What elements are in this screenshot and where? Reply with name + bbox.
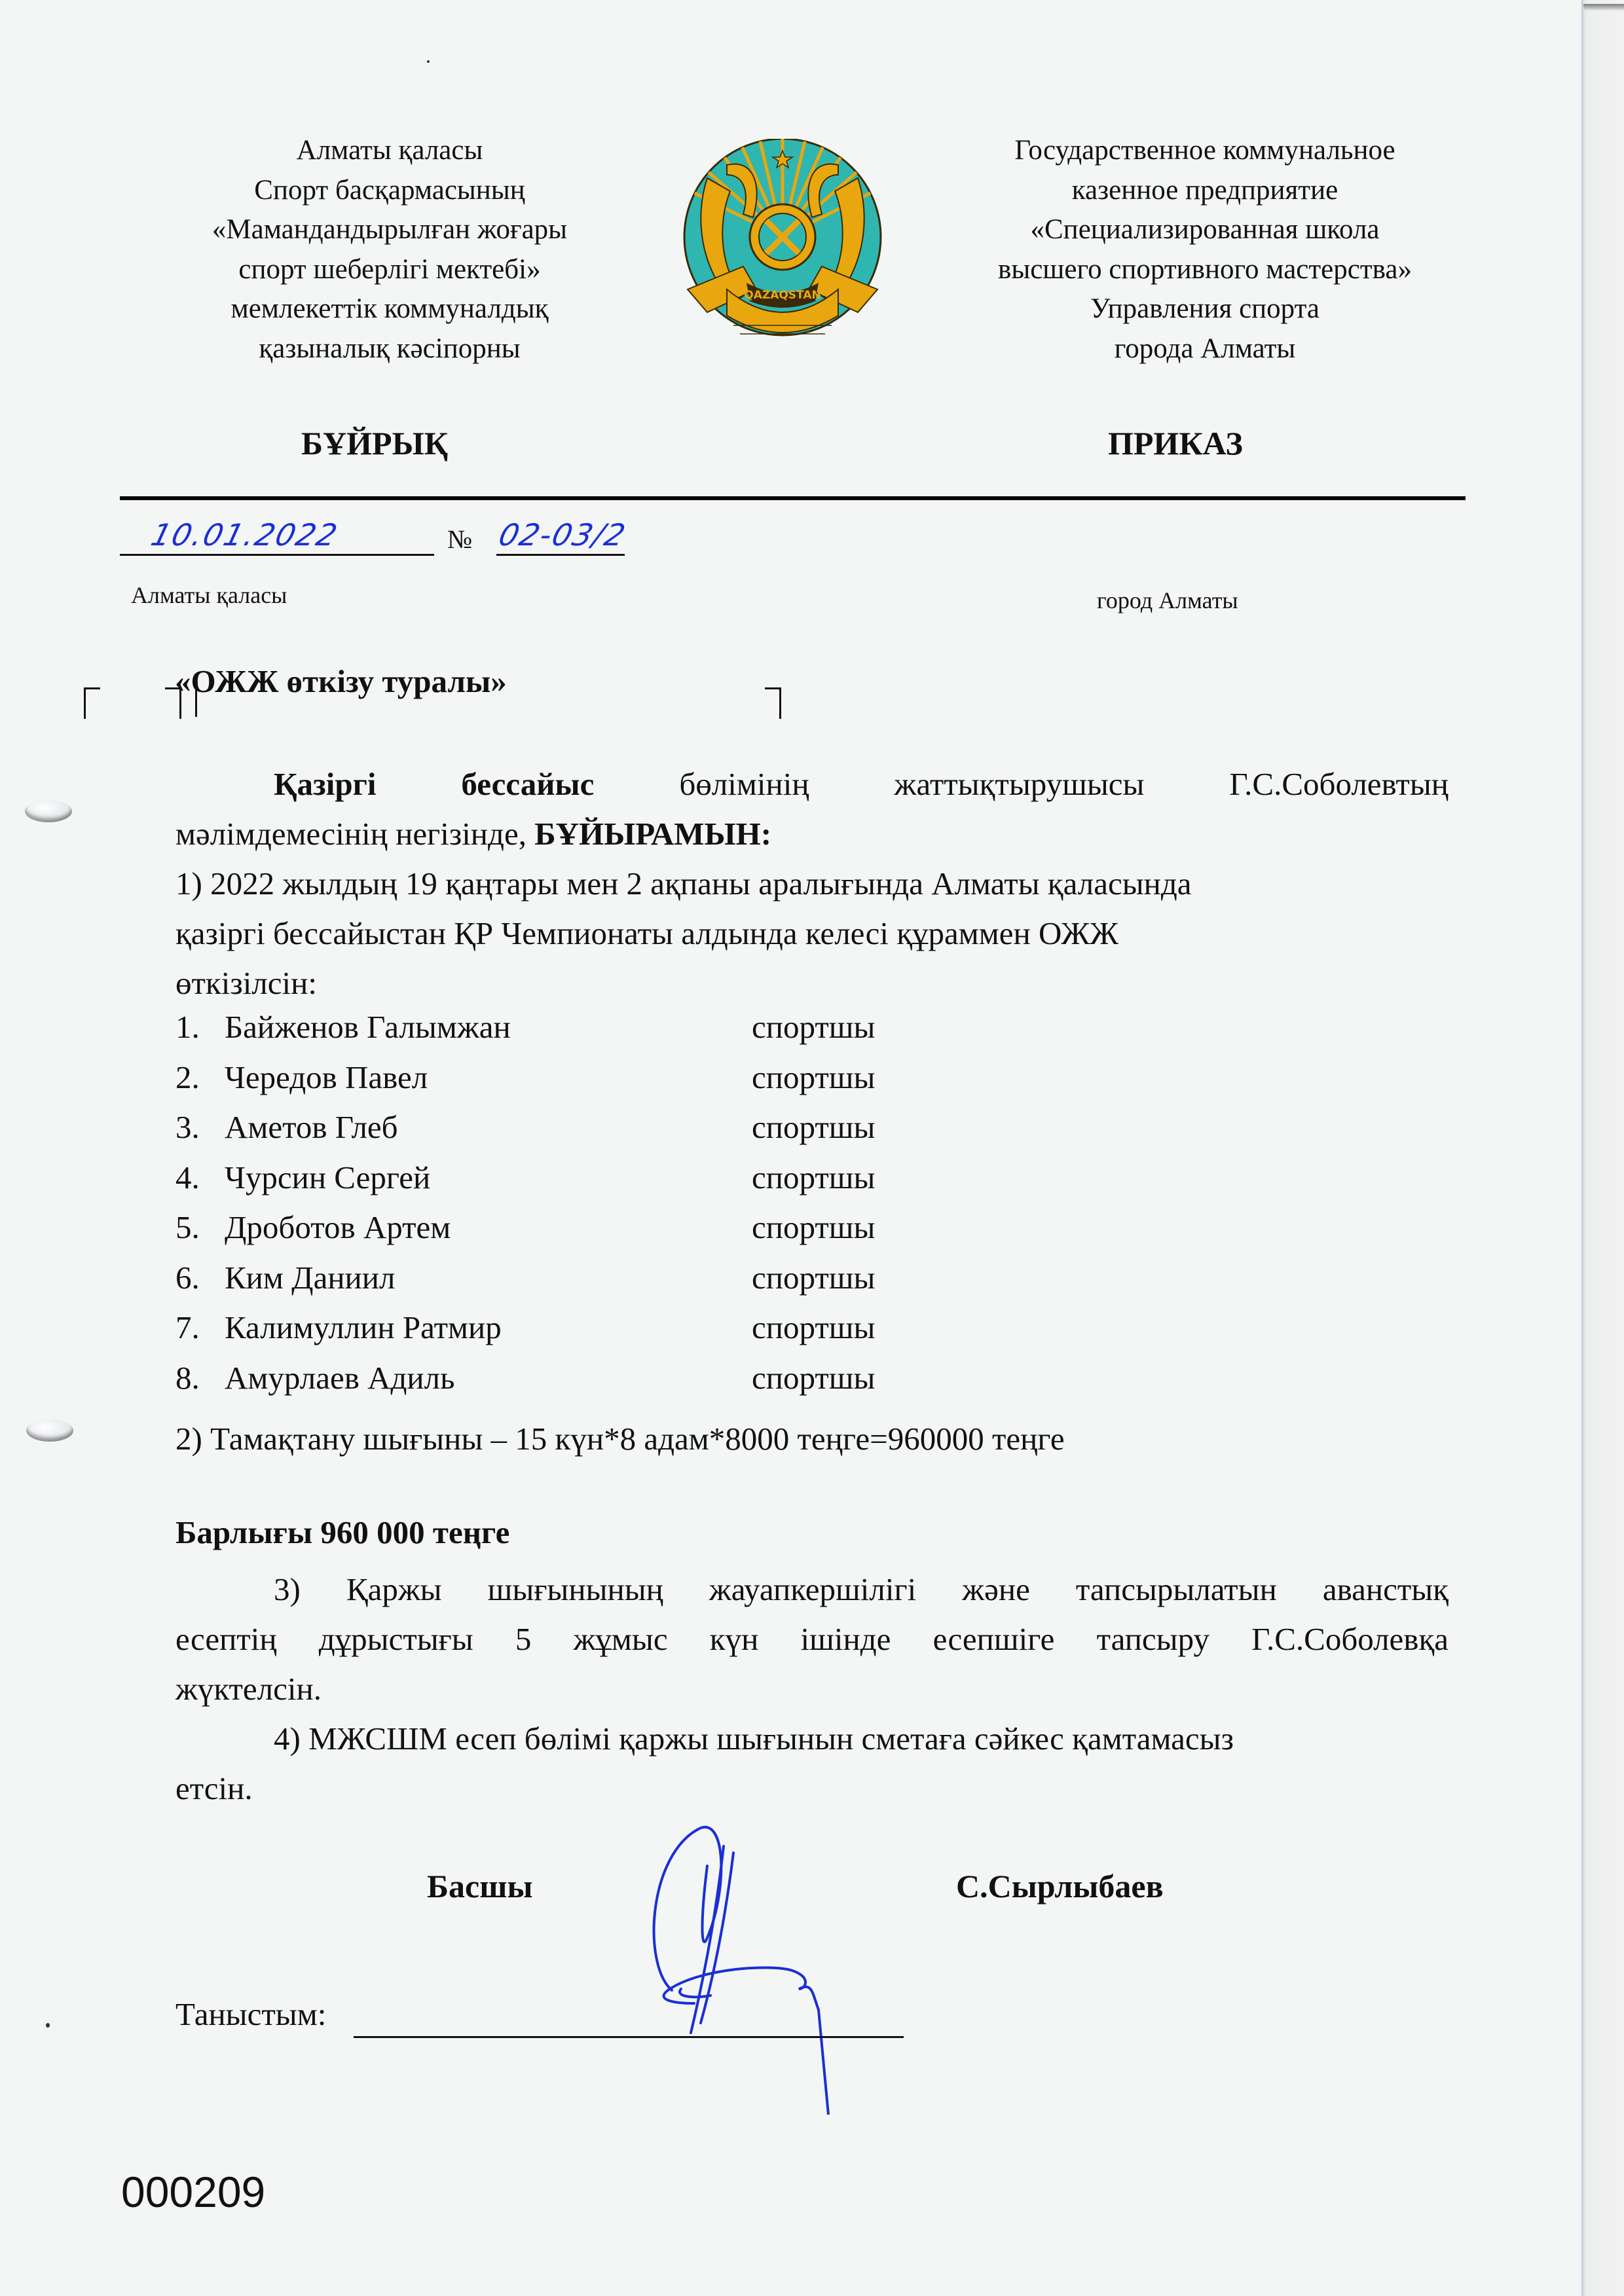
org-kz-line: мемлекеттік коммуналдық (164, 289, 616, 329)
page-edge-shadow (1581, 0, 1624, 2296)
number-underline (496, 554, 625, 556)
athlete-number: 3. (175, 1108, 200, 1146)
item4-line: етсін. (175, 1764, 1449, 1813)
item1-line: 1) 2022 жылдың 19 қаңтары мен 2 ақпаны а… (175, 859, 1449, 909)
header-org-kz: Алматы қаласы Спорт басқармасының «Маман… (164, 131, 616, 369)
org-ru-line: казенное предприятие (920, 171, 1490, 211)
item3-line: 3) Қаржы шығынының жауапкершілігі және т… (175, 1565, 1449, 1614)
item3-line: жүктелсін. (175, 1664, 1449, 1714)
athlete-role: спортшы (752, 1209, 875, 1246)
athlete-role: спортшы (752, 1259, 875, 1296)
acquainted-signature-line (354, 2036, 904, 2038)
athlete-number: 7. (175, 1309, 200, 1346)
item1-line: өткізілсін: (175, 958, 1449, 1008)
corner-mark (84, 687, 100, 719)
athlete-role: спортшы (752, 1159, 875, 1196)
org-ru-line: Управления спорта (920, 289, 1490, 329)
preamble-text: бөлімінің жаттықтырушысы Г.С.Соболевтың (679, 766, 1449, 802)
item4-line: 4) МЖСШМ есеп бөлімі қаржы шығынын смета… (175, 1714, 1449, 1764)
item3-line: есептің дұрыстығы 5 жұмыс күн ішінде есе… (175, 1614, 1449, 1664)
punch-hole-bottom (26, 1419, 73, 1442)
athlete-row: 6.Ким Даниилспортшы (175, 1259, 961, 1309)
athlete-name: Чурсин Сергей (225, 1159, 430, 1196)
org-kz-line: Спорт басқармасының (164, 171, 616, 211)
document-title-kz: БҰЙРЫҚ (301, 424, 448, 462)
athlete-number: 2. (175, 1059, 200, 1096)
org-kz-line: спорт шеберлігі мектебі» (164, 250, 616, 290)
order-subject: «ОЖЖ өткізу туралы» (175, 663, 507, 700)
order-date: 10.01.2022 (147, 517, 342, 553)
item3: 3) Қаржы шығынының жауапкершілігі және т… (175, 1565, 1449, 1714)
org-ru-line: «Специализированная школа (920, 210, 1490, 250)
corner-mark (765, 687, 781, 719)
athlete-name: Аметов Глеб (225, 1108, 398, 1146)
document-code: 000209 (121, 2167, 265, 2217)
item2: 2) Тамақтану шығыны – 15 күн*8 адам*8000… (175, 1414, 1449, 1464)
athlete-number: 5. (175, 1209, 200, 1246)
athlete-number: 6. (175, 1259, 200, 1296)
document-title-ru: ПРИКАЗ (1108, 424, 1243, 462)
date-underline (120, 554, 434, 556)
signatory-position: Басшы (427, 1867, 533, 1905)
scan-speck (46, 2023, 50, 2028)
order-number: 02-03/2 (495, 517, 630, 553)
org-kz-line: Алматы қаласы (164, 131, 616, 171)
svg-text:QAZAQSTAN: QAZAQSTAN (744, 289, 821, 302)
athlete-number: 4. (175, 1159, 200, 1196)
athlete-name: Калимуллин Ратмир (225, 1309, 502, 1346)
state-emblem-kazakhstan-icon: QAZAQSTAN (681, 139, 884, 350)
header-divider (120, 496, 1466, 500)
preamble-text: мәлімдемесінің негізінде, (175, 816, 526, 852)
athlete-role: спортшы (752, 1309, 875, 1346)
order-word: БҰЙЫРАМЫН: (534, 816, 771, 852)
athletes-list: 1.Байженов Галымжанспортшы2.Чередов Паве… (175, 1008, 961, 1409)
athlete-row: 8.Амурлаев Адильспортшы (175, 1359, 961, 1410)
org-kz-line: «Мамандандырылған жоғары (164, 210, 616, 250)
preamble-line-2: мәлімдемесінің негізінде, БҰЙЫРАМЫН: (175, 809, 1449, 859)
page-edge-top-shadow (1583, 4, 1624, 10)
athlete-row: 1.Байженов Галымжанспортшы (175, 1008, 961, 1059)
number-sign: № (447, 524, 472, 555)
punch-hole-top (25, 800, 72, 822)
org-ru-line: Государственное коммунальное (920, 131, 1490, 171)
org-ru-line: города Алматы (920, 329, 1490, 369)
item4: 4) МЖСШМ есеп бөлімі қаржы шығынын смета… (175, 1714, 1449, 1813)
athlete-role: спортшы (752, 1359, 875, 1396)
header-org-ru: Государственное коммунальное казенное пр… (920, 131, 1490, 369)
athlete-role: спортшы (752, 1008, 875, 1046)
athlete-row: 3.Аметов Глебспортшы (175, 1108, 961, 1159)
total-amount: Барлығы 960 000 теңге (175, 1514, 509, 1551)
athlete-name: Амурлаев Адиль (225, 1359, 454, 1396)
city-kz: Алматы қаласы (131, 581, 287, 609)
athlete-name: Байженов Галымжан (225, 1008, 511, 1046)
item1-line: қазіргі бессайыстан ҚР Чемпионаты алдынд… (175, 909, 1449, 958)
preamble-bold: Қазіргі бессайыс (274, 766, 594, 802)
org-ru-line: высшего спортивного мастерства» (920, 250, 1490, 290)
athlete-name: Ким Даниил (225, 1259, 395, 1296)
athlete-role: спортшы (752, 1108, 875, 1146)
athlete-name: Чередов Павел (225, 1059, 428, 1096)
org-kz-line: қазыналық кәсіпорны (164, 329, 616, 369)
athlete-number: 1. (175, 1008, 200, 1046)
athlete-row: 7.Калимуллин Ратмирспортшы (175, 1309, 961, 1359)
acquainted-label: Таныстым: (175, 1995, 326, 2033)
scan-speck (427, 60, 430, 63)
preamble-line-1: Қазіргі бессайыс бөлімінің жаттықтырушыс… (175, 759, 1449, 809)
athlete-number: 8. (175, 1359, 200, 1396)
handwritten-signature-icon (576, 1813, 1035, 2115)
athlete-row: 2.Чередов Павелспортшы (175, 1059, 961, 1109)
athlete-name: Дроботов Артем (225, 1209, 451, 1246)
athlete-role: спортшы (752, 1059, 875, 1096)
athlete-row: 5.Дроботов Артемспортшы (175, 1209, 961, 1259)
preamble: Қазіргі бессайыс бөлімінің жаттықтырушыс… (175, 759, 1449, 1008)
city-ru: город Алматы (1097, 587, 1238, 614)
athlete-row: 4.Чурсин Сергейспортшы (175, 1159, 961, 1209)
